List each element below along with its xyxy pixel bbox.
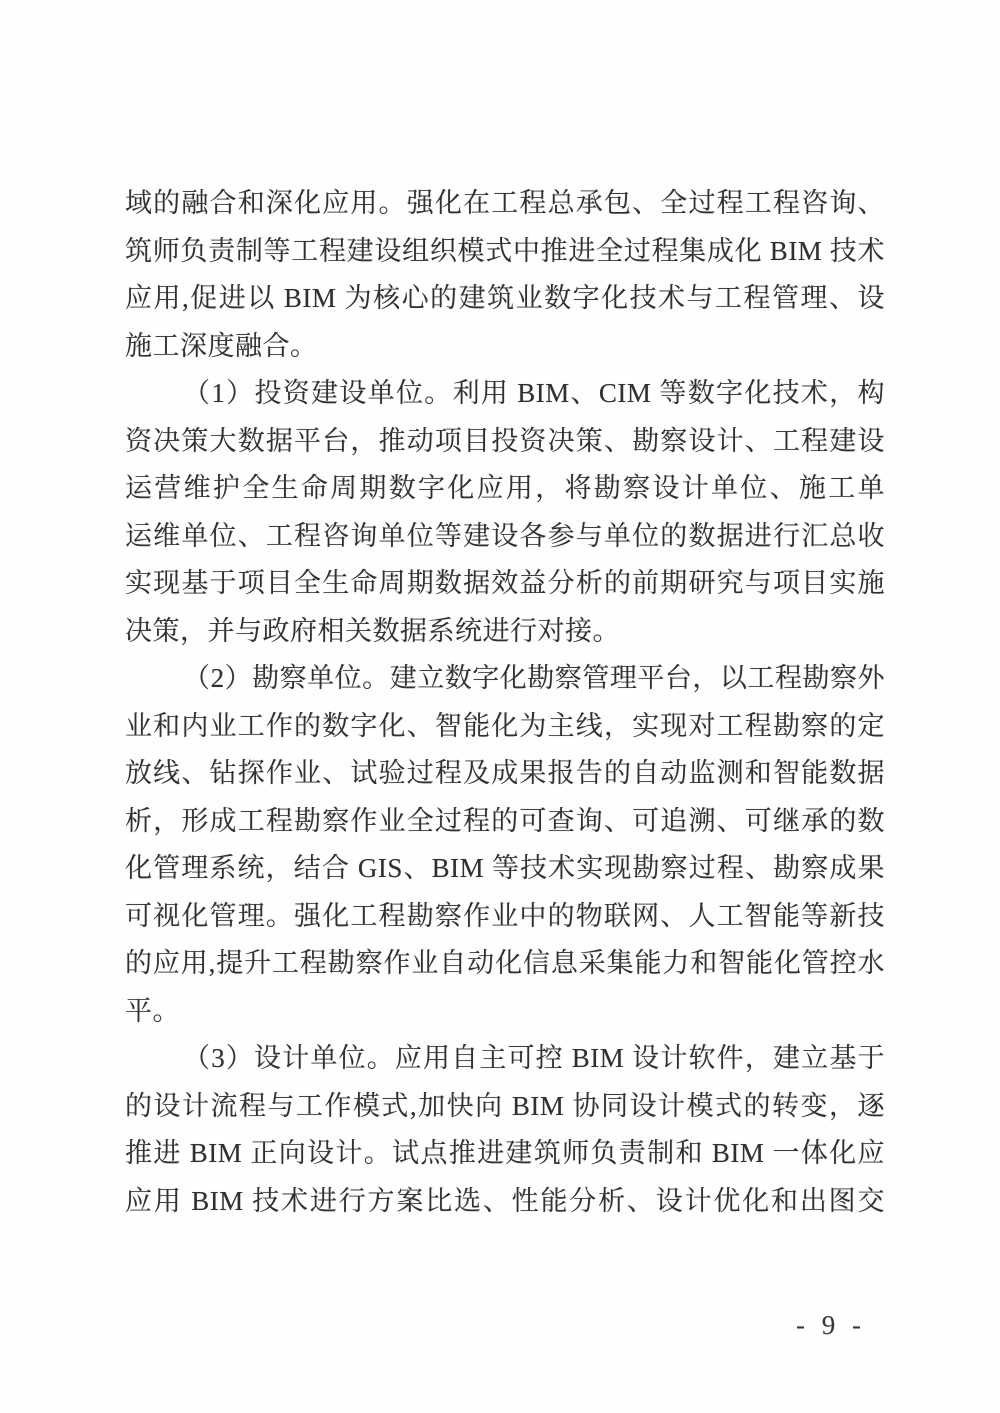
text-line: 业和内业工作的数字化、智能化为主线，实现对工程勘察的定位 xyxy=(125,703,885,751)
text-line: 析，形成工程勘察作业全过程的可查询、可追溯、可继承的数字 xyxy=(125,798,885,846)
text-line: 筑师负责制等工程建设组织模式中推进全过程集成化 BIM 技术 xyxy=(125,228,885,276)
document-body: 域的融合和深化应用。强化在工程总承包、全过程工程咨询、建筑师负责制等工程建设组织… xyxy=(125,180,885,1225)
text-line: 可视化管理。强化工程勘察作业中的物联网、人工智能等新技术 xyxy=(125,893,885,941)
text-line: （3）设计单位。应用自主可控 BIM 设计软件，建立基于 BIM xyxy=(125,1035,885,1083)
page-number: - 9 - xyxy=(796,1310,866,1341)
text-line: （1）投资建设单位。利用 BIM、CIM 等数字化技术，构建投 xyxy=(125,370,885,418)
text-line: （2）勘察单位。建立数字化勘察管理平台，以工程勘察外 xyxy=(125,655,885,703)
text-line: 运营维护全生命周期数字化应用，将勘察设计单位、施工单位、 xyxy=(125,465,885,513)
text-line: 平。 xyxy=(125,988,885,1036)
text-line: 域的融合和深化应用。强化在工程总承包、全过程工程咨询、建 xyxy=(125,180,885,228)
text-line: 化管理系统，结合 GIS、BIM 等技术实现勘察过程、勘察成果的 xyxy=(125,845,885,893)
text-line: 的应用,提升工程勘察作业自动化信息采集能力和智能化管控水 xyxy=(125,940,885,988)
text-line: 应用 BIM 技术进行方案比选、性能分析、设计优化和出图交付， xyxy=(125,1178,885,1226)
text-line: 决策，并与政府相关数据系统进行对接。 xyxy=(125,608,885,656)
text-line: 资决策大数据平台，推动项目投资决策、勘察设计、工程建设和 xyxy=(125,418,885,466)
document-page: 域的融合和深化应用。强化在工程总承包、全过程工程咨询、建筑师负责制等工程建设组织… xyxy=(0,0,1000,1413)
text-line: 施工深度融合。 xyxy=(125,323,885,371)
text-line: 推进 BIM 正向设计。试点推进建筑师负责制和 BIM 一体化应用， xyxy=(125,1130,885,1178)
text-line: 应用,促进以 BIM 为核心的建筑业数字化技术与工程管理、设计、 xyxy=(125,275,885,323)
text-line: 放线、钻探作业、试验过程及成果报告的自动监测和智能数据分 xyxy=(125,750,885,798)
text-line: 实现基于项目全生命周期数据效益分析的前期研究与项目实施 xyxy=(125,560,885,608)
text-line: 运维单位、工程咨询单位等建设各参与单位的数据进行汇总收集。 xyxy=(125,513,885,561)
text-line: 的设计流程与工作模式,加快向 BIM 协同设计模式的转变，逐步 xyxy=(125,1083,885,1131)
